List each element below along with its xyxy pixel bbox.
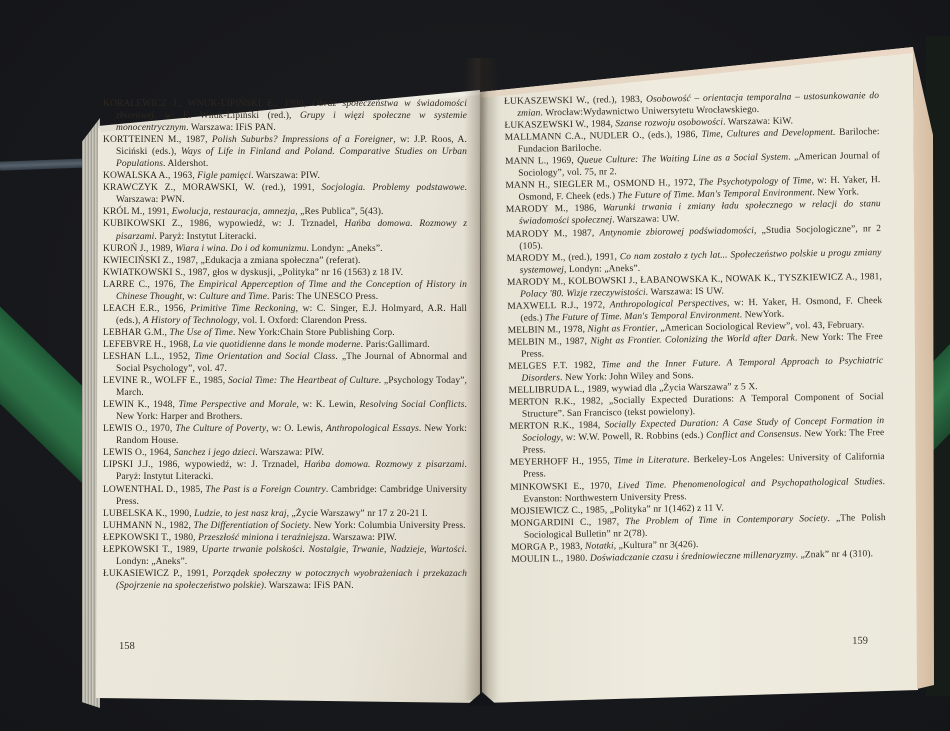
bibliography-entry: LEACH E.R., 1956, Primitive Time Reckoni…: [103, 303, 467, 327]
bibliography-entry: KUROŃ J., 1989, Wiara i wina. Do i od ko…: [103, 243, 467, 255]
bibliography-entry: KORTTEINEN M., 1987, Polish Suburbs? Imp…: [103, 134, 467, 170]
bibliography-entry: LEBHAR G.M., The Use of Time. New York:C…: [103, 327, 467, 339]
bibliography-entry: MERTON R.K., 1984, Socially Expected Dur…: [509, 415, 885, 457]
bibliography-entry: LUBELSKA K., 1990, Ludzie, to jest nasz …: [103, 508, 467, 520]
bibliography-entry: KUBIKOWSKI Z., 1986, wypowiedź, w: J. Tr…: [103, 218, 467, 242]
bibliography-entry: KRÓL M., 1991, Ewolucja, restauracja, am…: [103, 206, 467, 218]
bibliography-entry: KORALEWICZ J., WNUK-LIPIŃSKI E., 1990, O…: [103, 98, 467, 134]
book-spine-shadow: [464, 58, 498, 700]
bibliography-entry: KWIATKOWSKI S., 1987, głos w dyskusji, „…: [103, 267, 467, 279]
bibliography-entry: LEWIN K., 1948, Time Perspective and Mor…: [103, 399, 467, 423]
bibliography-entry: ŁEPKOWSKI T., 1989, Uparte trwanie polsk…: [103, 544, 467, 568]
bibliography-entry: LESHAN L.L., 1952, Time Orientation and …: [103, 351, 467, 375]
bibliography-entry: LARRE C., 1976, The Empirical Appercepti…: [103, 279, 467, 303]
bibliography-entry: KRAWCZYK Z., MORAWSKI, W. (red.), 1991, …: [103, 182, 467, 206]
bibliography-entry: LEWIS O., 1964, Sanchez i jego dzieci. W…: [103, 447, 467, 459]
bibliography-entry: LOWENTHAL D., 1985, The Past is a Foreig…: [103, 484, 467, 508]
background-blue-stripe: [0, 158, 90, 170]
bibliography-entry: KOWALSKA A., 1963, Figle pamięci. Warsza…: [103, 170, 467, 182]
bibliography-entry: LEFEBVRE H., 1968, La vie quotidienne da…: [103, 339, 467, 351]
bibliography-entry: KWIECIŃSKI Z., 1987, „Edukacja a zmiana …: [103, 255, 467, 267]
bibliography-right-column: ŁUKASZEWSKI W., (red.), 1983, Osobowość …: [504, 90, 886, 566]
photo-background: KORALEWICZ J., WNUK-LIPIŃSKI E., 1990, O…: [0, 0, 950, 731]
bibliography-entry: LUHMANN N., 1982, The Differentiation of…: [103, 520, 467, 532]
bibliography-entry: LIPSKI J.J., 1986, wypowiedź, w: J. Trzn…: [103, 459, 467, 483]
bibliography-entry: ŁUKASIEWICZ P., 1991, Porządek społeczny…: [103, 568, 467, 592]
bibliography-entry: LEWIS O., 1970, The Culture of Poverty, …: [103, 423, 467, 447]
bibliography-left-column: KORALEWICZ J., WNUK-LIPIŃSKI E., 1990, O…: [103, 98, 467, 592]
page-number-right: 159: [816, 636, 868, 648]
bibliography-entry: LEVINE R., WOLFF E., 1985, Social Time: …: [103, 375, 467, 399]
page-number-left: 158: [119, 641, 135, 652]
bibliography-entry: ŁEPKOWSKI T., 1980, Przeszłość miniona i…: [103, 532, 467, 544]
